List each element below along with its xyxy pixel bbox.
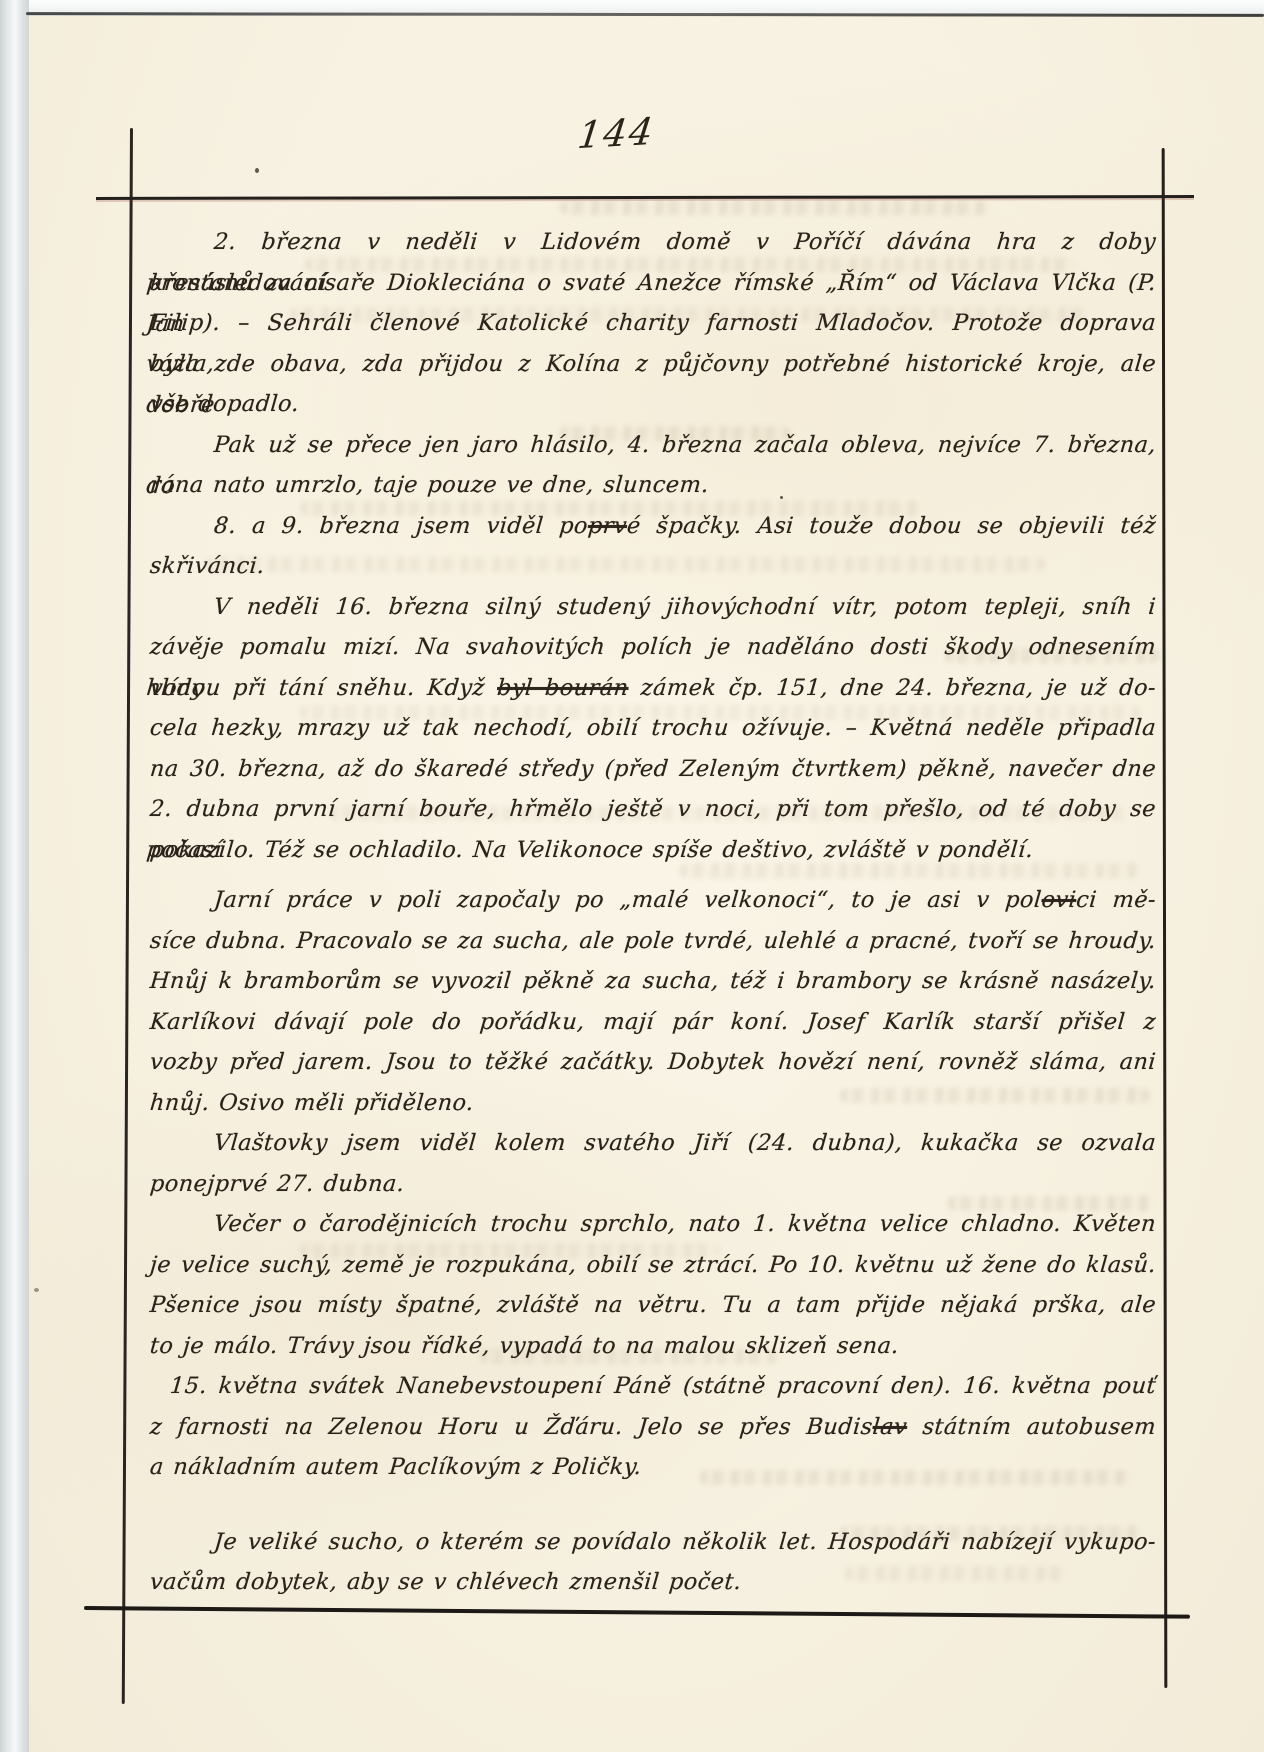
strikethrough-text: byl bourán [496, 675, 630, 701]
paragraph: 15. května svátek Nanebevstoupení Páně (… [150, 1366, 1156, 1488]
paragraph: Večer o čarodějnicích trochu sprchlo, na… [150, 1204, 1156, 1366]
text-line: křesťanů za císaře Diokleciána o svaté A… [148, 263, 1158, 304]
text-segment: rána nato umrzlo, taje pouze ve dne, slu… [149, 472, 710, 498]
text-line: skřivánci. [148, 546, 1158, 587]
text-line: byla zde obava, zda přijdou z Kolína z p… [148, 344, 1158, 385]
text-segment: V neděli 16. března silný studený jihový… [213, 594, 1157, 620]
text-line: 8. a 9. března jsem viděl poprvé špačky.… [148, 506, 1158, 547]
text-line: ponejprvé 27. dubna. [148, 1164, 1158, 1205]
text-line: vačům dobytek, aby se v chlévech zmenšil… [148, 1562, 1158, 1603]
strikethrough-text: lav [871, 1414, 908, 1440]
paragraph: Jarní práce v poli započaly po „malé vel… [150, 880, 1156, 1123]
text-line: Pak už se přece jen jaro hlásilo, 4. bře… [148, 425, 1158, 466]
text-line: Pšenice jsou místy špatné, zvláště na vě… [148, 1285, 1158, 1326]
strikethrough-text: prv [587, 513, 628, 539]
text-line: cela hezky, mrazy už tak nechodí, obilí … [148, 708, 1158, 749]
paragraph: 8. a 9. března jsem viděl poprvé špačky.… [150, 506, 1156, 587]
text-segment: cela hezky, mrazy už tak nechodí, obilí … [149, 715, 1157, 741]
text-segment: é špačky. Asi touže dobou se objevili té… [626, 513, 1157, 539]
text-segment: a nákladním autem Paclíkovým z Poličky. [149, 1454, 643, 1480]
paragraph: V neděli 16. března silný studený jihový… [150, 587, 1156, 871]
text-segment: síce dubna. Pracovalo se za sucha, ale p… [149, 928, 1157, 954]
text-line: Jarní práce v poli započaly po „malé vel… [148, 880, 1158, 921]
strikethrough-text: ovi [1040, 887, 1077, 913]
text-segment: Pšenice jsou místy špatné, zvláště na vě… [149, 1292, 1157, 1318]
handwritten-text: 2. března v neděli v Lidovém domě v Poří… [150, 222, 1156, 1603]
text-segment: Hnůj k bramborům se vyvozil pěkně za suc… [149, 968, 1157, 994]
text-line: síce dubna. Pracovalo se za sucha, ale p… [148, 921, 1158, 962]
text-segment: vačům dobytek, aby se v chlévech zmenšil… [149, 1569, 743, 1595]
text-segment: 8. a 9. března jsem viděl po [213, 513, 589, 539]
ink-speck [255, 168, 259, 173]
text-line: 2. března v neděli v Lidovém domě v Poří… [148, 222, 1158, 263]
text-segment: Jarní práce v poli započaly po „malé vel… [213, 887, 1043, 913]
text-segment: na 30. března, až do škaredé středy (pře… [149, 756, 1157, 782]
text-segment: skřivánci. [149, 553, 266, 579]
paragraph: 2. března v neděli v Lidovém domě v Poří… [150, 222, 1156, 425]
text-line: to je málo. Trávy jsou řídké, vypadá to … [148, 1326, 1158, 1367]
text-line: 2. dubna první jarní bouře, hřmělo ještě… [148, 789, 1158, 830]
text-line: Filip). – Sehráli členové Katolické char… [148, 303, 1158, 344]
text-line: Vlaštovky jsem viděl kolem svatého Jiří … [148, 1123, 1158, 1164]
text-segment: z farnosti na Zelenou Horu u Žďáru. Jelo… [149, 1414, 874, 1440]
text-line: rána nato umrzlo, taje pouze ve dne, slu… [148, 465, 1158, 506]
text-segment: ponejprvé 27. dubna. [149, 1171, 406, 1197]
text-line: 15. května svátek Nanebevstoupení Páně (… [148, 1366, 1158, 1407]
text-line: vodou při tání sněhu. Když byl bourán zá… [148, 668, 1158, 709]
text-segment: je velice suchý, země je rozpukána, obil… [149, 1252, 1157, 1278]
text-line: hnůj. Osivo měli přiděleno. [148, 1083, 1158, 1124]
text-line: V neděli 16. března silný studený jihový… [148, 587, 1158, 628]
text-segment: 15. května svátek Nanebevstoupení Páně (… [169, 1373, 1157, 1399]
bleed-through-line [560, 200, 990, 215]
text-line: Je veliké sucho, o kterém se povídalo ně… [148, 1522, 1158, 1563]
paragraph: Je veliké sucho, o kterém se povídalo ně… [150, 1522, 1156, 1603]
paragraph: Vlaštovky jsem viděl kolem svatého Jiří … [150, 1123, 1156, 1204]
text-segment: to je málo. Trávy jsou řídké, vypadá to … [149, 1333, 900, 1359]
page-number: 144 [575, 110, 657, 157]
text-line: a nákladním autem Paclíkovým z Poličky. [148, 1447, 1158, 1488]
text-line: Večer o čarodějnicích trochu sprchlo, na… [148, 1204, 1158, 1245]
text-line: vozby před jarem. Jsou to těžké začátky.… [148, 1042, 1158, 1083]
text-line: na 30. března, až do škaredé středy (pře… [148, 749, 1158, 790]
text-segment: Vlaštovky jsem viděl kolem svatého Jiří … [213, 1130, 1157, 1156]
text-segment: ci mě- [1075, 887, 1157, 913]
paragraph: Pak už se přece jen jaro hlásilo, 4. bře… [150, 425, 1156, 506]
text-line: Karlíkovi dávají pole do pořádku, mají p… [148, 1002, 1158, 1043]
scanner-edge-left [0, 0, 29, 1752]
text-segment: Večer o čarodějnicích trochu sprchlo, na… [213, 1211, 1157, 1237]
text-segment: vodou při tání sněhu. Když [149, 675, 498, 701]
ink-speck [34, 1288, 39, 1292]
text-line: z farnosti na Zelenou Horu u Žďáru. Jelo… [148, 1407, 1158, 1448]
text-segment: Je veliké sucho, o kterém se povídalo ně… [213, 1529, 1157, 1555]
text-segment: hnůj. Osivo měli přiděleno. [149, 1090, 475, 1116]
text-segment: státním autobusem [906, 1414, 1157, 1440]
text-line: pokazilo. Též se ochladilo. Na Velikonoc… [148, 830, 1158, 871]
text-segment: pokazilo. Též se ochladilo. Na Velikonoc… [149, 837, 1035, 863]
text-segment: zámek čp. 151, dne 24. března, je už do- [627, 675, 1157, 701]
text-segment: vozby před jarem. Jsou to těžké začátky.… [149, 1049, 1157, 1075]
text-line: je velice suchý, země je rozpukána, obil… [148, 1245, 1158, 1286]
text-line: Hnůj k bramborům se vyvozil pěkně za suc… [148, 961, 1158, 1002]
text-segment: vše dopadlo. [149, 391, 300, 417]
text-segment: Karlíkovi dávají pole do pořádku, mají p… [149, 1009, 1157, 1035]
text-line: vše dopadlo. [148, 384, 1158, 425]
text-line: závěje pomalu mizí. Na svahovitých políc… [148, 627, 1158, 668]
